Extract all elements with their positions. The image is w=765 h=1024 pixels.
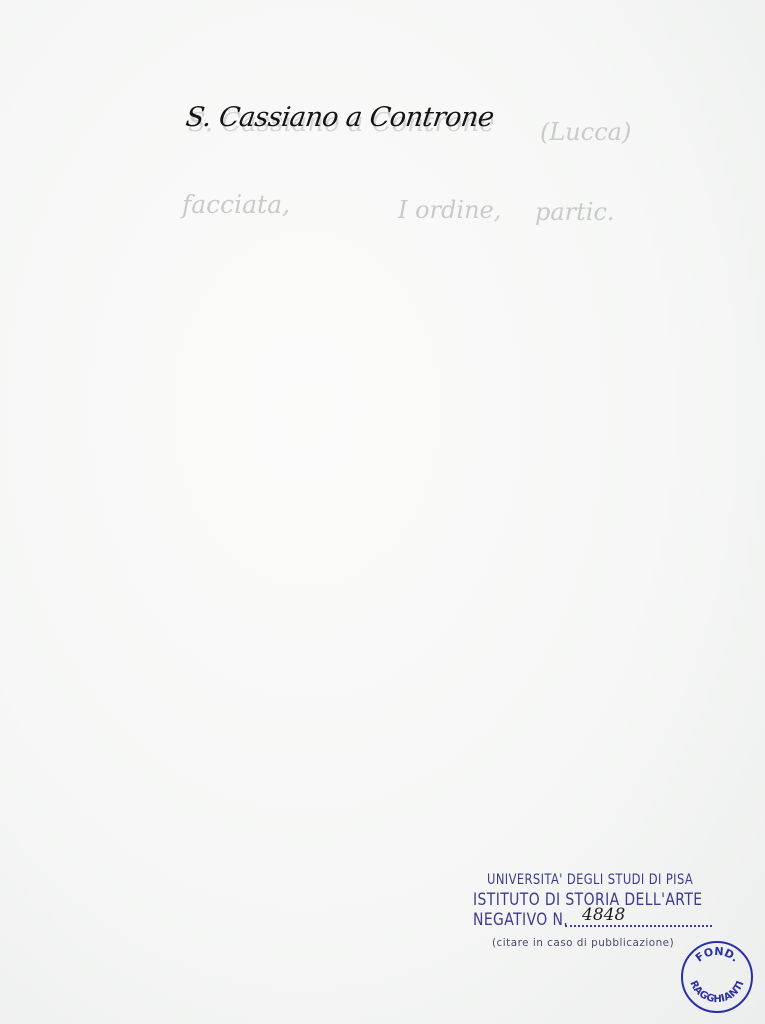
round-stamp-seal-icon: FOND. RAGGHIANTI: [680, 940, 754, 1014]
region-note: (Lucca): [540, 118, 631, 146]
svg-text:RAGGHIANTI: RAGGHIANTI: [687, 979, 746, 1005]
svg-text:FOND.: FOND.: [693, 945, 741, 965]
stamp-citation-note: (citare in caso di pubblicazione): [492, 936, 674, 949]
title-ink-handwriting: S. Cassiano a Controne: [184, 102, 496, 133]
stamp-negative-label: NEGATIVO N.: [473, 910, 568, 930]
description-facade: facciata,: [182, 190, 290, 219]
negative-number-dotted-line: [565, 925, 712, 927]
description-order: I ordine,: [398, 196, 501, 224]
fond-ragghianti-round-stamp: FOND. RAGGHIANTI: [680, 940, 754, 1014]
stamp-university: UNIVERSITA' DEGLI STUDI DI PISA: [487, 872, 693, 888]
negative-number: 4848: [582, 905, 625, 925]
description-detail: partic.: [535, 198, 615, 226]
document-sheet: S. Cassiano a Controne S. Cassiano a Con…: [0, 0, 765, 1024]
